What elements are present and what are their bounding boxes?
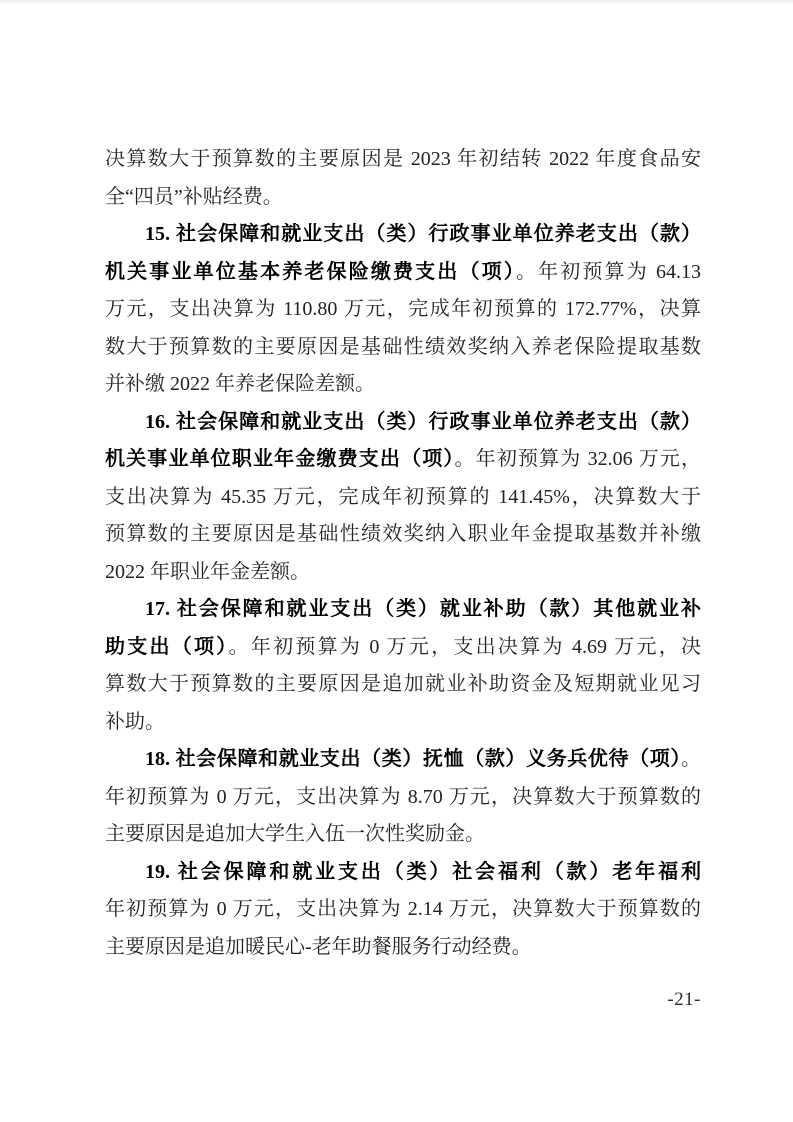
text-line: 年初预算为 0 万元，支出决算为 8.70 万元，决算数大于预算数的: [105, 779, 701, 817]
text-segment: 决算数大于预算数的主要原因是 2023 年初结转 2022 年度食品安: [105, 148, 701, 170]
text-segment-bold: 17. 社会保障和就业支出（类）就业补助（款）其他就业补: [145, 598, 701, 620]
text-line: 2022 年职业年金差额。: [105, 554, 701, 592]
text-line: 主要原因是追加暖民心-老年助餐服务行动经费。: [105, 929, 701, 967]
text-segment: 并补缴 2022 年养老保险差额。: [105, 373, 375, 395]
text-segment: 数大于预算数的主要原因是基础性绩效奖纳入养老保险提取基数: [105, 336, 701, 358]
text-segment: 预算数的主要原因是基础性绩效奖纳入职业年金提取基数并补缴: [105, 523, 701, 545]
text-line: 万元，支出决算为 110.80 万元，完成年初预算的 172.77%，决算: [105, 291, 701, 329]
text-segment: 年初预算为 0 万元，支出决算为 8.70 万元，决算数大于预算数的: [105, 786, 701, 808]
text-segment: 2022 年职业年金差额。: [105, 561, 310, 583]
text-line: 决算数大于预算数的主要原因是 2023 年初结转 2022 年度食品安: [105, 141, 701, 179]
text-line: 算数大于预算数的主要原因是追加就业补助资金及短期就业见习: [105, 666, 701, 704]
document-page: 决算数大于预算数的主要原因是 2023 年初结转 2022 年度食品安全“四员”…: [0, 0, 793, 1122]
text-segment: 全“四员”补贴经费。: [105, 186, 283, 208]
text-segment: 。年初预算为 0 万元，支出决算为 4.69 万元，决: [229, 636, 701, 658]
text-segment: 。: [681, 748, 701, 770]
text-line: 补助。: [105, 704, 701, 742]
page-top-edge: [0, 0, 793, 5]
text-segment: 。年初预算为 64.13: [516, 261, 701, 283]
text-line: 15. 社会保障和就业支出（类）行政事业单位养老支出（款）: [105, 216, 701, 254]
text-line: 机关事业单位职业年金缴费支出（项）。年初预算为 32.06 万元，: [105, 441, 701, 479]
page-number: -21-: [105, 989, 701, 1011]
text-line: 预算数的主要原因是基础性绩效奖纳入职业年金提取基数并补缴: [105, 516, 701, 554]
text-segment-bold: 19. 社会保障和就业支出（类）社会福利（款）老年福利（项）: [105, 861, 701, 892]
text-segment: 主要原因是追加大学生入伍一次性奖励金。: [105, 823, 485, 845]
text-segment: 算数大于预算数的主要原因是追加就业补助资金及短期就业见习: [105, 673, 701, 695]
text-segment-bold: 机关事业单位职业年金缴费支出（项）: [105, 448, 455, 470]
text-segment-bold: 16. 社会保障和就业支出（类）行政事业单位养老支出（款）: [145, 411, 701, 433]
text-line: 19. 社会保障和就业支出（类）社会福利（款）老年福利（项）。: [105, 854, 701, 892]
text-segment-bold: 18. 社会保障和就业支出（类）抚恤（款）义务兵优待（项）: [145, 748, 681, 770]
text-line: 全“四员”补贴经费。: [105, 179, 701, 217]
text-segment: 补助。: [105, 711, 165, 733]
text-segment: 支出决算为 45.35 万元，完成年初预算的 141.45%，决算数大于: [105, 486, 701, 508]
text-line: 机关事业单位基本养老保险缴费支出（项）。年初预算为 64.13: [105, 254, 701, 292]
text-line: 主要原因是追加大学生入伍一次性奖励金。: [105, 816, 701, 854]
text-line: 年初预算为 0 万元，支出决算为 2.14 万元，决算数大于预算数的: [105, 891, 701, 929]
text-line: 并补缴 2022 年养老保险差额。: [105, 366, 701, 404]
text-line: 数大于预算数的主要原因是基础性绩效奖纳入养老保险提取基数: [105, 329, 701, 367]
text-segment-bold: 助支出（项）: [105, 636, 229, 658]
text-segment-bold: 15. 社会保障和就业支出（类）行政事业单位养老支出（款）: [145, 223, 701, 245]
text-line: 18. 社会保障和就业支出（类）抚恤（款）义务兵优待（项）。: [105, 741, 701, 779]
text-segment: 。年初预算为 32.06 万元，: [455, 448, 701, 470]
text-line: 支出决算为 45.35 万元，完成年初预算的 141.45%，决算数大于: [105, 479, 701, 517]
text-line: 17. 社会保障和就业支出（类）就业补助（款）其他就业补: [105, 591, 701, 629]
text-segment: 万元，支出决算为 110.80 万元，完成年初预算的 172.77%，决算: [105, 298, 701, 320]
text-line: 助支出（项）。年初预算为 0 万元，支出决算为 4.69 万元，决: [105, 629, 701, 667]
text-segment: 主要原因是追加暖民心-老年助餐服务行动经费。: [105, 936, 532, 958]
text-segment-bold: 机关事业单位基本养老保险缴费支出（项）: [105, 261, 516, 283]
document-body: 决算数大于预算数的主要原因是 2023 年初结转 2022 年度食品安全“四员”…: [105, 141, 701, 966]
text-segment: 年初预算为 0 万元，支出决算为 2.14 万元，决算数大于预算数的: [105, 898, 701, 920]
text-line: 16. 社会保障和就业支出（类）行政事业单位养老支出（款）: [105, 404, 701, 442]
